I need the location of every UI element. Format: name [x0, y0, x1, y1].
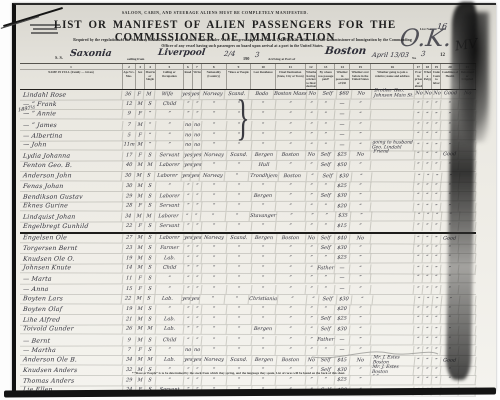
cell-value: No: [351, 90, 373, 99]
cell-value: Stavanger: [250, 212, 278, 221]
cell-value: 14: [122, 264, 136, 273]
cell-value: ”: [155, 182, 184, 191]
cell-passenger-name: Fenas Johan: [20, 182, 124, 191]
cell-value: M: [144, 161, 156, 170]
cell-value: ”: [201, 376, 227, 385]
cell-passenger-name: — Marta: [20, 275, 124, 285]
cell-value: ”: [317, 222, 336, 231]
cell-passenger-name: Torgersen Bernt: [20, 244, 124, 253]
cell-value: $20: [335, 305, 351, 314]
cell-value: ”: [350, 305, 372, 314]
cell-value: [371, 335, 415, 344]
cell-value: —: [335, 100, 351, 109]
cell-value: 29: [122, 192, 136, 201]
cell-value: [372, 172, 415, 181]
cell-value: ”: [351, 172, 373, 181]
cell-value: [371, 244, 415, 253]
cell-value: $30: [336, 172, 352, 181]
cell-value: ”: [202, 161, 228, 170]
cell-value: ”: [201, 274, 227, 283]
cell-value: 5: [122, 131, 136, 140]
cell-value: Self: [317, 234, 336, 243]
cell-value: ”: [226, 315, 252, 324]
cell-value: ”: [276, 346, 307, 355]
cell-value: ”: [201, 121, 227, 130]
cell-value: [371, 191, 415, 200]
column-header: 18Whether a Polygamist: [423, 64, 432, 89]
column-label: Read: [184, 70, 192, 89]
cell-value: ”: [350, 111, 372, 120]
cell-passenger-name: — ” James: [20, 121, 124, 130]
cell-value: ”: [276, 244, 307, 253]
cell-value: ”: [350, 376, 372, 385]
cell-value: Boston: [276, 234, 307, 243]
cell-value: Bergen: [251, 192, 277, 201]
cell-value: ”: [201, 202, 227, 211]
cell-value: ”: [278, 295, 308, 304]
column-header: 1NAME IN FULL (Family — Given): [20, 64, 123, 89]
cell-value: ”: [251, 100, 277, 109]
cell-value: ”: [251, 335, 277, 344]
cell-value: $30: [335, 192, 351, 201]
manifest-row: Anderson John30MSLaboreryesyesNorway”Tro…: [20, 171, 476, 183]
cell-value: ”: [226, 264, 252, 273]
cell-value: 12: [122, 100, 136, 109]
cell-value: ”: [226, 346, 252, 355]
cell-value: ”: [276, 100, 307, 109]
cell-value: ”: [201, 244, 227, 253]
cell-value: 9: [122, 336, 136, 345]
cell-value: Christiania: [249, 295, 279, 304]
cell-value: 19: [122, 254, 136, 263]
cell-value: ”: [201, 182, 227, 191]
cell-value: 30: [121, 171, 135, 180]
cell-value: ”: [350, 100, 372, 109]
cell-value: ”: [276, 335, 307, 344]
cell-value: ”: [251, 244, 277, 253]
manifest-row: Engelbregt Gunhild22FSServant””””””””$15…: [20, 222, 476, 233]
cell-value: ”: [251, 376, 277, 385]
cell-value: No: [350, 151, 372, 160]
cell-value: ”: [155, 141, 184, 150]
cell-value: ”: [350, 265, 372, 274]
cell-passenger-name: Knudsen Anders: [20, 366, 124, 375]
column-header: 4Married or Single: [145, 64, 156, 89]
cell-value: S: [145, 244, 157, 253]
cell-value: ”: [201, 264, 227, 273]
manifest-scan-page: SALOON, CABIN, AND STEERAGE ALIENS MUST …: [0, 0, 500, 400]
cell-value: —: [335, 130, 351, 139]
cell-value: $60: [336, 90, 352, 99]
cell-value: ”: [350, 191, 372, 200]
cell-value: ”: [317, 130, 336, 139]
cell-value: No: [307, 90, 319, 99]
cell-passenger-name: — John: [19, 140, 123, 150]
cell-value: 26: [122, 325, 136, 334]
cell-value: ”: [350, 130, 372, 139]
cell-value: ”: [350, 326, 372, 335]
cell-value: ”: [350, 141, 372, 150]
ship-name: Saxonia: [69, 48, 112, 59]
cell-value: ”: [317, 111, 336, 120]
cell-value: Norway: [200, 171, 225, 180]
cell-value: Servant: [155, 151, 184, 160]
cell-value: Lab.: [155, 315, 184, 324]
column-header: 10Last Residence: [251, 64, 276, 89]
manifest-row: Fenton Geo. B.40MMLaboreryesyes””Hull””S…: [20, 161, 476, 171]
cell-value: ”: [226, 202, 252, 211]
cell-value: ”: [317, 274, 336, 283]
cell-value: ”: [276, 376, 307, 385]
cell-value: 27: [122, 233, 136, 242]
column-label: Married or Single: [145, 70, 155, 89]
cell-value: ”: [226, 244, 252, 253]
cell-value: Self: [317, 151, 336, 160]
cell-passenger-name: — Martha: [20, 346, 124, 355]
cell-value: $25: [335, 151, 351, 160]
cell-value: 30: [122, 182, 136, 191]
column-header: 15Whether ever before in the United Stat…: [350, 64, 371, 89]
cell-value: ”: [226, 182, 252, 191]
cell-value: $35: [336, 212, 352, 221]
column-header: 8Nationality (Country): [202, 64, 227, 89]
cell-value: ”: [145, 121, 157, 130]
column-label: Final Destination (State, City or Town): [276, 70, 305, 89]
cell-value: ”: [251, 131, 277, 140]
cell-value: ”: [275, 264, 306, 273]
cell-value: Norway: [202, 151, 228, 160]
cell-value: ”: [317, 376, 336, 385]
cell-value: ”: [351, 295, 373, 304]
cell-value: S: [145, 346, 157, 355]
arrival-date: April 13/03: [372, 51, 410, 59]
cell-value: M: [144, 356, 156, 365]
manifest-row: Fenas Johan30MS”””””””””$25”””””: [20, 182, 476, 192]
family-group-brace: }: [236, 92, 249, 142]
cell-passenger-name: Lydia Johanna: [20, 152, 124, 162]
required-text-line1: Required by the regulations of the Secre…: [30, 38, 455, 42]
cell-value: 22: [121, 294, 135, 303]
column-label: By whom was passage paid?: [317, 70, 334, 89]
cell-value: ”: [276, 285, 307, 294]
column-header: 2Age Yrs. Mos.: [123, 64, 136, 89]
cell-value: ”: [201, 346, 227, 355]
port-of-departure: Liverpool: [157, 48, 205, 58]
cell-value: Father: [317, 335, 336, 344]
cell-value: ”: [317, 182, 336, 191]
cell-passenger-name: Boyten Olaf: [20, 305, 124, 314]
cell-value: S: [145, 305, 157, 314]
cell-passenger-name: Engelbregt Gunhild: [20, 222, 124, 231]
cell-value: ”: [201, 222, 227, 231]
cell-passenger-name: Lindahl Rose: [20, 90, 123, 100]
cell-value: ”: [145, 141, 157, 150]
cell-value: 7: [122, 121, 136, 130]
cell-value: ”: [307, 172, 319, 181]
column-label: Nationality (Country): [202, 70, 226, 89]
cell-value: Norway: [200, 90, 225, 99]
cell-value: ”: [201, 315, 227, 324]
cell-value: ”: [350, 254, 372, 263]
column-header: 12Whether having a ticket to final desti…: [306, 64, 318, 89]
cell-value: Laborer: [155, 212, 184, 221]
column-label: Calling or Occupation: [156, 70, 183, 89]
cell-value: [371, 130, 415, 139]
cell-value: Self: [317, 244, 336, 253]
cell-value: $25: [335, 182, 351, 191]
cell-value: ”: [226, 376, 252, 385]
column-header: 17Ever in prison or almshouse: [414, 64, 423, 89]
cell-value: ”: [275, 202, 306, 211]
cell-value: $30: [335, 326, 351, 335]
cell-value: Lab.: [154, 294, 183, 303]
cell-value: ”: [350, 121, 372, 130]
cell-value: ”: [276, 182, 307, 191]
cell-value: ”: [350, 315, 372, 324]
cell-value: Laborer: [155, 192, 184, 201]
column-label: *Race or People: [227, 70, 251, 89]
cell-value: ”: [155, 346, 184, 355]
cell-value: Bergen: [251, 151, 277, 160]
cell-value: Wife: [154, 90, 183, 99]
cell-value: Scand.: [226, 234, 252, 243]
cell-value: Self: [317, 192, 336, 201]
cell-value: ”: [276, 192, 307, 201]
column-label: Age Yrs. Mos.: [123, 70, 135, 89]
cell-value: ”: [145, 131, 157, 140]
cell-value: 34: [122, 355, 136, 364]
cell-value: [372, 295, 415, 304]
cell-value: ”: [317, 285, 336, 294]
cell-value: ”: [276, 161, 307, 170]
manifest-row: — Anna15FS”””””””””—”””””: [20, 285, 476, 295]
cell-value: ”: [251, 285, 277, 294]
cell-value: ”: [276, 315, 307, 324]
cell-value: —: [335, 141, 351, 150]
cell-value: [371, 111, 415, 120]
cell-value: Self: [319, 295, 338, 304]
cell-value: [371, 285, 415, 294]
cell-value: ”: [226, 192, 252, 201]
cell-value: ”: [200, 295, 225, 304]
cell-value: No: [350, 234, 372, 243]
cell-value: ”: [226, 161, 252, 170]
cell-value: ”: [155, 121, 184, 130]
cell-value: ”: [226, 335, 252, 344]
column-label: Under Contract to labor: [432, 70, 440, 89]
cell-value: Norway: [202, 356, 228, 365]
cell-value: [371, 315, 415, 324]
cell-value: ”: [350, 161, 372, 170]
cell-value: 36: [121, 90, 135, 99]
cell-value: ”: [276, 222, 307, 231]
cell-value: Lab.: [155, 254, 184, 263]
cell-value: Bergen: [251, 356, 277, 365]
cell-value: ”: [201, 325, 227, 334]
cell-value: ”: [155, 110, 184, 119]
cell-value: ”: [155, 285, 184, 294]
column-header: 5Calling or Occupation: [156, 64, 184, 89]
cell-value: ”: [225, 212, 250, 221]
no-label: No: [412, 56, 416, 60]
cell-value: 23: [122, 244, 136, 253]
cell-value: ”: [317, 202, 336, 211]
cell-value: Friend: [371, 151, 415, 160]
cell-value: Father: [317, 264, 336, 273]
cell-value: ”: [275, 110, 306, 119]
cell-value: yes: [191, 295, 201, 304]
cell-value: S: [145, 100, 157, 109]
cell-value: S: [145, 202, 157, 211]
cell-value: ”: [251, 141, 277, 150]
cell-value: $30: [336, 295, 352, 304]
cell-value: ”: [155, 305, 184, 314]
cell-passenger-name: — ” Annie: [20, 110, 124, 120]
cell-value: Farmer: [155, 244, 184, 253]
cell-value: [371, 326, 415, 335]
cell-value: ”: [276, 121, 307, 130]
manifest-row: Boyten Lars22MSLab.yesyes””Christiania””…: [20, 294, 476, 306]
cell-value: Scand.: [226, 151, 252, 160]
cell-value: ”: [350, 212, 372, 221]
cell-passenger-name: Engelsen Ole: [20, 233, 124, 243]
cell-value: ”: [251, 315, 277, 324]
cell-value: ”: [275, 325, 306, 334]
column-header: 19Under Contract to labor: [432, 64, 441, 89]
cell-value: ”: [276, 274, 307, 283]
cell-value: Norway: [202, 233, 228, 242]
cell-value: ”: [251, 254, 277, 263]
cell-value: ”: [226, 254, 252, 263]
cell-value: ”: [201, 285, 227, 294]
cell-value: Child: [155, 264, 184, 273]
cell-value: [371, 274, 415, 283]
cell-value: —: [335, 111, 351, 120]
cell-value: [371, 222, 415, 231]
cell-value: 7: [122, 346, 136, 355]
column-label: Whether ever before in the United States: [350, 70, 370, 89]
column-label: NAME IN FULL (Family — Given): [20, 70, 122, 89]
cell-value: ”: [350, 202, 372, 211]
cell-passenger-name: — Albertina: [20, 131, 124, 141]
cell-value: ”: [201, 110, 227, 119]
cell-value: Boston: [278, 172, 308, 181]
cell-value: [371, 305, 415, 314]
cell-value: [371, 234, 415, 243]
cell-value: S: [145, 192, 157, 201]
cell-value: Lab.: [155, 325, 184, 334]
cell-value: $20: [335, 202, 351, 211]
required-text-line2: Officer of any vessel having such passen…: [30, 44, 455, 48]
column-header: 13By whom was passage paid?: [317, 64, 335, 89]
cell-value: ”: [201, 305, 227, 314]
manifest-row: — Marta11FS”””””””””—”””””: [20, 274, 476, 286]
cell-value: ”: [318, 212, 337, 221]
cell-value: Boston Mass: [274, 90, 308, 99]
cell-value: Scand.: [226, 356, 252, 365]
cell-value: S: [145, 285, 157, 294]
column-label: Ever in prison or almshouse: [414, 70, 422, 89]
column-label: Sex: [136, 70, 144, 89]
column-header: 7Write: [193, 64, 202, 89]
arriving-label: Arriving at Port of: [268, 57, 295, 61]
column-header: 16Whether going to join a relative; name…: [371, 64, 414, 89]
cell-value: ”: [275, 141, 306, 150]
manifest-row: Engelsen Ole27MSLaboreryesyesNorwayScand…: [20, 233, 476, 245]
cell-value: ”: [276, 254, 307, 263]
cell-value: S: [145, 275, 157, 284]
cell-value: Laborer: [154, 171, 183, 180]
port-of-arrival: Boston: [324, 45, 367, 57]
sailing-date: 2/4: [224, 50, 236, 58]
cell-value: ”: [251, 110, 277, 119]
cell-value: $50: [335, 161, 351, 170]
cell-value: [371, 161, 415, 170]
cell-value: $25: [335, 376, 351, 385]
cell-value: Self: [317, 161, 336, 170]
cell-passenger-name: Toivold Gunder: [20, 325, 124, 335]
cell-value: ”: [226, 222, 252, 231]
cell-value: 15: [122, 285, 136, 294]
cell-value: 19: [122, 305, 136, 314]
cell-value: ”: [201, 141, 227, 150]
cell-value: ”: [201, 100, 227, 109]
cell-value: ”: [201, 131, 227, 140]
cell-passenger-name: Lindquist Johan: [20, 213, 123, 223]
cell-value: —: [335, 264, 351, 273]
cell-value: Child: [155, 336, 184, 345]
cell-value: S: [145, 182, 157, 191]
cell-value: ”: [277, 212, 307, 221]
cell-value: Laborer: [155, 233, 184, 242]
cell-value: S: [144, 151, 156, 160]
cell-value: Self: [318, 90, 337, 99]
cell-value: ”: [224, 295, 249, 304]
cell-value: [372, 212, 416, 221]
cell-value: ”: [251, 222, 277, 231]
cell-value: ”: [317, 141, 336, 150]
cell-value: Bodo: [249, 90, 274, 99]
cell-value: ”: [200, 212, 225, 221]
cell-value: ”: [251, 264, 277, 273]
cell-value: ”: [226, 325, 252, 334]
cell-value: 28: [122, 202, 136, 211]
cell-value: ”: [350, 285, 372, 294]
cell-value: S: [145, 254, 157, 263]
cell-value: Bergen: [251, 325, 277, 334]
cell-passenger-name: Anderson John: [20, 171, 123, 181]
column-label: Whether going to join a relative; name a…: [371, 70, 413, 89]
cell-value: ”: [251, 121, 277, 130]
cell-value: S: [144, 233, 156, 242]
cell-value: Self: [318, 172, 337, 181]
column-header: 3Sex: [136, 64, 145, 89]
column-header: 11Final Destination (State, City or Town…: [276, 64, 306, 89]
column-header: 6Read: [184, 64, 193, 89]
cell-value: ”: [317, 305, 336, 314]
cell-value: ”: [155, 275, 184, 284]
cell-value: Servant: [155, 202, 184, 211]
cell-value: ”: [350, 222, 372, 231]
page-number: 12: [440, 53, 445, 58]
cell-value: Laborer: [155, 161, 184, 170]
cell-value: 11: [122, 275, 136, 284]
column-label: Whether in possession of $30: [335, 70, 349, 89]
cell-value: [371, 202, 415, 211]
cell-value: ” ”: [371, 376, 415, 385]
cell-value: ”: [317, 100, 336, 109]
cell-value: Self: [317, 315, 336, 324]
